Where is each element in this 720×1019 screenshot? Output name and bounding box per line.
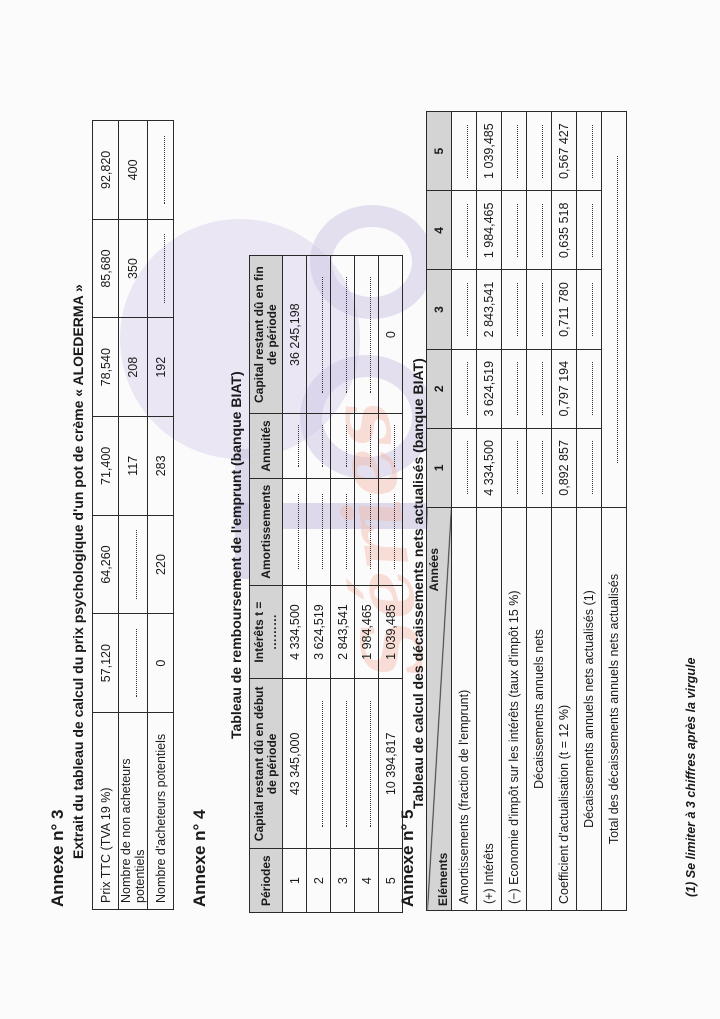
blank-fill-line bbox=[386, 425, 395, 466]
blank-fill-line bbox=[584, 441, 593, 494]
table-cell bbox=[577, 270, 602, 349]
table-cell bbox=[452, 270, 477, 349]
table-cell bbox=[148, 219, 174, 318]
blank-fill-line bbox=[290, 425, 299, 466]
table-cell bbox=[355, 478, 379, 585]
table-cell: 36 245,198 bbox=[283, 256, 307, 414]
table-cell bbox=[331, 679, 355, 849]
blank-fill-line bbox=[314, 701, 323, 827]
table-cell bbox=[379, 414, 403, 478]
table-cell: 57,120 bbox=[93, 614, 119, 713]
table-cell bbox=[331, 256, 355, 414]
table-row: (+) Intérêts4 334,5003 624,5192 843,5411… bbox=[477, 112, 502, 911]
table-cell bbox=[355, 414, 379, 478]
table-row: 41 984,465 bbox=[355, 256, 379, 913]
blank-fill-line bbox=[534, 441, 543, 494]
table-cell: 0 bbox=[148, 614, 174, 713]
period-cell: 4 bbox=[355, 849, 379, 913]
table-cell: 4 334,500 bbox=[477, 428, 502, 507]
table-cell: 117 bbox=[119, 417, 148, 516]
table-row: Amortissements (fraction de l'emprunt) bbox=[452, 112, 477, 911]
row-label: Prix TTC (TVA 19 %) bbox=[93, 713, 119, 910]
blank-fill-line bbox=[314, 494, 323, 569]
blank-fill-line bbox=[362, 701, 371, 827]
row-label: (+) Intérêts bbox=[477, 508, 502, 911]
table-cell bbox=[502, 191, 527, 270]
table-cell bbox=[527, 270, 552, 349]
table-cell bbox=[502, 270, 527, 349]
table-cell bbox=[331, 414, 355, 478]
row-label: Nombre d'acheteurs potentiels bbox=[148, 713, 174, 910]
year-header: 5 bbox=[427, 112, 452, 191]
annexe4-loan-table: PériodesCapital restant dû en début de p… bbox=[249, 255, 403, 913]
blank-fill-line bbox=[314, 277, 323, 393]
blank-fill-line bbox=[584, 362, 593, 415]
blank-fill-line bbox=[509, 362, 518, 415]
year-header: 4 bbox=[427, 191, 452, 270]
year-header: 1 bbox=[427, 428, 452, 507]
blank-fill-line bbox=[338, 425, 347, 466]
annexe3-price-table: Prix TTC (TVA 19 %)57,12064,26071,40078,… bbox=[92, 120, 174, 910]
table-cell: 0,892 857 bbox=[552, 428, 577, 507]
table-cell bbox=[527, 428, 552, 507]
blank-fill-line bbox=[534, 362, 543, 415]
blank-fill-line bbox=[362, 277, 371, 393]
table-cell: 192 bbox=[148, 318, 174, 417]
blank-fill-line bbox=[459, 204, 468, 257]
period-cell: 2 bbox=[307, 849, 331, 913]
table-cell bbox=[331, 478, 355, 585]
blank-fill-line bbox=[338, 277, 347, 393]
table-cell: 2 843,541 bbox=[477, 270, 502, 349]
column-header: Annuités bbox=[250, 414, 283, 478]
row-label: Coefficient d'actualisation (t = 12 %) bbox=[552, 508, 577, 911]
table-cell: 43 345,000 bbox=[283, 679, 307, 849]
total-row: Total des décaissements annuels nets act… bbox=[602, 112, 627, 911]
table-cell: 4 334,500 bbox=[283, 585, 307, 679]
annexe5-disbursement-table: Années Eléments 12345 Amortissements (fr… bbox=[426, 111, 627, 911]
table-cell bbox=[577, 428, 602, 507]
table-row: Coefficient d'actualisation (t = 12 %)0,… bbox=[552, 112, 577, 911]
table-cell bbox=[502, 112, 527, 191]
total-label: Total des décaissements annuels nets act… bbox=[602, 508, 627, 911]
table-cell: 0,797 194 bbox=[552, 349, 577, 428]
column-header: Intérêts t = ……… bbox=[250, 585, 283, 679]
column-header: Capital restant dû en fin de période bbox=[250, 256, 283, 414]
blank-fill-line bbox=[338, 701, 347, 827]
table-cell bbox=[502, 349, 527, 428]
table-cell: 92,820 bbox=[93, 121, 119, 220]
period-cell: 3 bbox=[331, 849, 355, 913]
blank-fill-line bbox=[338, 494, 347, 569]
table-cell: 1 984,465 bbox=[477, 191, 502, 270]
table-cell: 220 bbox=[148, 515, 174, 614]
blank-fill-line bbox=[290, 494, 299, 569]
table-cell bbox=[307, 256, 331, 414]
annexe3-heading: Annexe n° 3 bbox=[48, 810, 68, 908]
table-cell: 283 bbox=[148, 417, 174, 516]
table-cell: 0 bbox=[379, 256, 403, 414]
blank-fill-line bbox=[459, 441, 468, 494]
period-cell: 1 bbox=[283, 849, 307, 913]
annexe4-caption: Tableau de remboursement de l'emprunt (b… bbox=[228, 371, 244, 739]
blank-fill-line bbox=[534, 283, 543, 336]
table-cell bbox=[577, 349, 602, 428]
table-cell bbox=[283, 414, 307, 478]
table-cell bbox=[527, 349, 552, 428]
annexe3-caption: Extrait du tableau de calcul du prix psy… bbox=[70, 284, 86, 859]
table-row: Décaissements annuels nets bbox=[527, 112, 552, 911]
blank-fill-line bbox=[459, 125, 468, 178]
table-cell bbox=[307, 414, 331, 478]
table-cell bbox=[452, 191, 477, 270]
blank-fill-line bbox=[584, 125, 593, 178]
blank-fill-line bbox=[128, 629, 137, 698]
blank-fill-line bbox=[609, 156, 618, 462]
blank-fill-line bbox=[386, 494, 395, 569]
row-label: Décaissements annuels nets actualisés (1… bbox=[577, 508, 602, 911]
row-label: Décaissements annuels nets bbox=[527, 508, 552, 911]
table-cell bbox=[355, 679, 379, 849]
header-diagonal-cell: Années Eléments bbox=[427, 508, 452, 911]
table-cell bbox=[577, 112, 602, 191]
blank-fill-line bbox=[362, 425, 371, 466]
table-cell bbox=[502, 428, 527, 507]
table-cell: 64,260 bbox=[93, 515, 119, 614]
annexe4-heading: Annexe n° 4 bbox=[190, 810, 210, 908]
table-cell bbox=[379, 478, 403, 585]
table-row: 143 345,0004 334,50036 245,198 bbox=[283, 256, 307, 913]
blank-fill-line bbox=[584, 283, 593, 336]
table-cell bbox=[577, 191, 602, 270]
table-row: Prix TTC (TVA 19 %)57,12064,26071,40078,… bbox=[93, 121, 119, 910]
table-cell: 1 039,485 bbox=[477, 112, 502, 191]
total-value bbox=[602, 112, 627, 508]
annexe5-caption: Tableau de calcul des décaissements nets… bbox=[410, 358, 426, 809]
blank-fill-line bbox=[156, 136, 165, 205]
row-label: Nombre de non acheteurs potentiels bbox=[119, 713, 148, 910]
table-cell: 2 843,541 bbox=[331, 585, 355, 679]
table-cell: 85,680 bbox=[93, 219, 119, 318]
blank-fill-line bbox=[509, 125, 518, 178]
table-cell: 3 624,519 bbox=[307, 585, 331, 679]
table-cell bbox=[527, 191, 552, 270]
blank-fill-line bbox=[584, 204, 593, 257]
table-cell bbox=[527, 112, 552, 191]
blank-fill-line bbox=[362, 494, 371, 569]
table-cell: 0,567 427 bbox=[552, 112, 577, 191]
blank-fill-line bbox=[459, 362, 468, 415]
annexe5-heading: Annexe n° 5 bbox=[398, 810, 418, 908]
table-cell bbox=[452, 112, 477, 191]
column-header: Amortissements bbox=[250, 478, 283, 585]
table-cell bbox=[148, 121, 174, 220]
table-cell bbox=[452, 349, 477, 428]
table-row: Nombre d'acheteurs potentiels0220283192 bbox=[148, 121, 174, 910]
table-cell: 208 bbox=[119, 318, 148, 417]
table-cell: 71,400 bbox=[93, 417, 119, 516]
blank-fill-line bbox=[128, 530, 137, 599]
table-row: Nombre de non acheteurs potentiels117208… bbox=[119, 121, 148, 910]
blank-fill-line bbox=[509, 204, 518, 257]
table-cell: 1 039,485 bbox=[379, 585, 403, 679]
blank-fill-line bbox=[534, 125, 543, 178]
table-cell: 400 bbox=[119, 121, 148, 220]
table-cell: 0,635 518 bbox=[552, 191, 577, 270]
blank-fill-line bbox=[459, 283, 468, 336]
table-cell: 1 984,465 bbox=[355, 585, 379, 679]
blank-fill-line bbox=[509, 441, 518, 494]
table-cell: 78,540 bbox=[93, 318, 119, 417]
row-label: Amortissements (fraction de l'emprunt) bbox=[452, 508, 477, 911]
footnote: (1) Se limiter à 3 chiffres après la vir… bbox=[684, 658, 698, 897]
row-label: (−) Economie d'impôt sur les intérêts (t… bbox=[502, 508, 527, 911]
blank-fill-line bbox=[314, 425, 323, 466]
table-row: (−) Economie d'impôt sur les intérêts (t… bbox=[502, 112, 527, 911]
year-header: 3 bbox=[427, 270, 452, 349]
blank-fill-line bbox=[509, 283, 518, 336]
table-cell bbox=[283, 478, 307, 585]
document-page: Séries Annexe n° 3 Extrait du tableau de… bbox=[0, 0, 720, 1019]
table-cell bbox=[452, 428, 477, 507]
header-years-label: Années bbox=[428, 548, 441, 591]
blank-fill-line bbox=[156, 234, 165, 303]
table-cell bbox=[119, 515, 148, 614]
table-cell: 3 624,519 bbox=[477, 349, 502, 428]
blank-fill-line bbox=[534, 204, 543, 257]
table-row: 23 624,519 bbox=[307, 256, 331, 913]
table-cell bbox=[307, 478, 331, 585]
table-cell: 0,711 780 bbox=[552, 270, 577, 349]
table-row: Décaissements annuels nets actualisés (1… bbox=[577, 112, 602, 911]
table-cell bbox=[119, 614, 148, 713]
column-header: Capital restant dû en début de période bbox=[250, 679, 283, 849]
header-elements-label: Eléments bbox=[437, 853, 450, 906]
year-header: 2 bbox=[427, 349, 452, 428]
table-row: 32 843,541 bbox=[331, 256, 355, 913]
table-cell bbox=[307, 679, 331, 849]
table-cell: 350 bbox=[119, 219, 148, 318]
table-cell bbox=[355, 256, 379, 414]
column-header: Périodes bbox=[250, 849, 283, 913]
